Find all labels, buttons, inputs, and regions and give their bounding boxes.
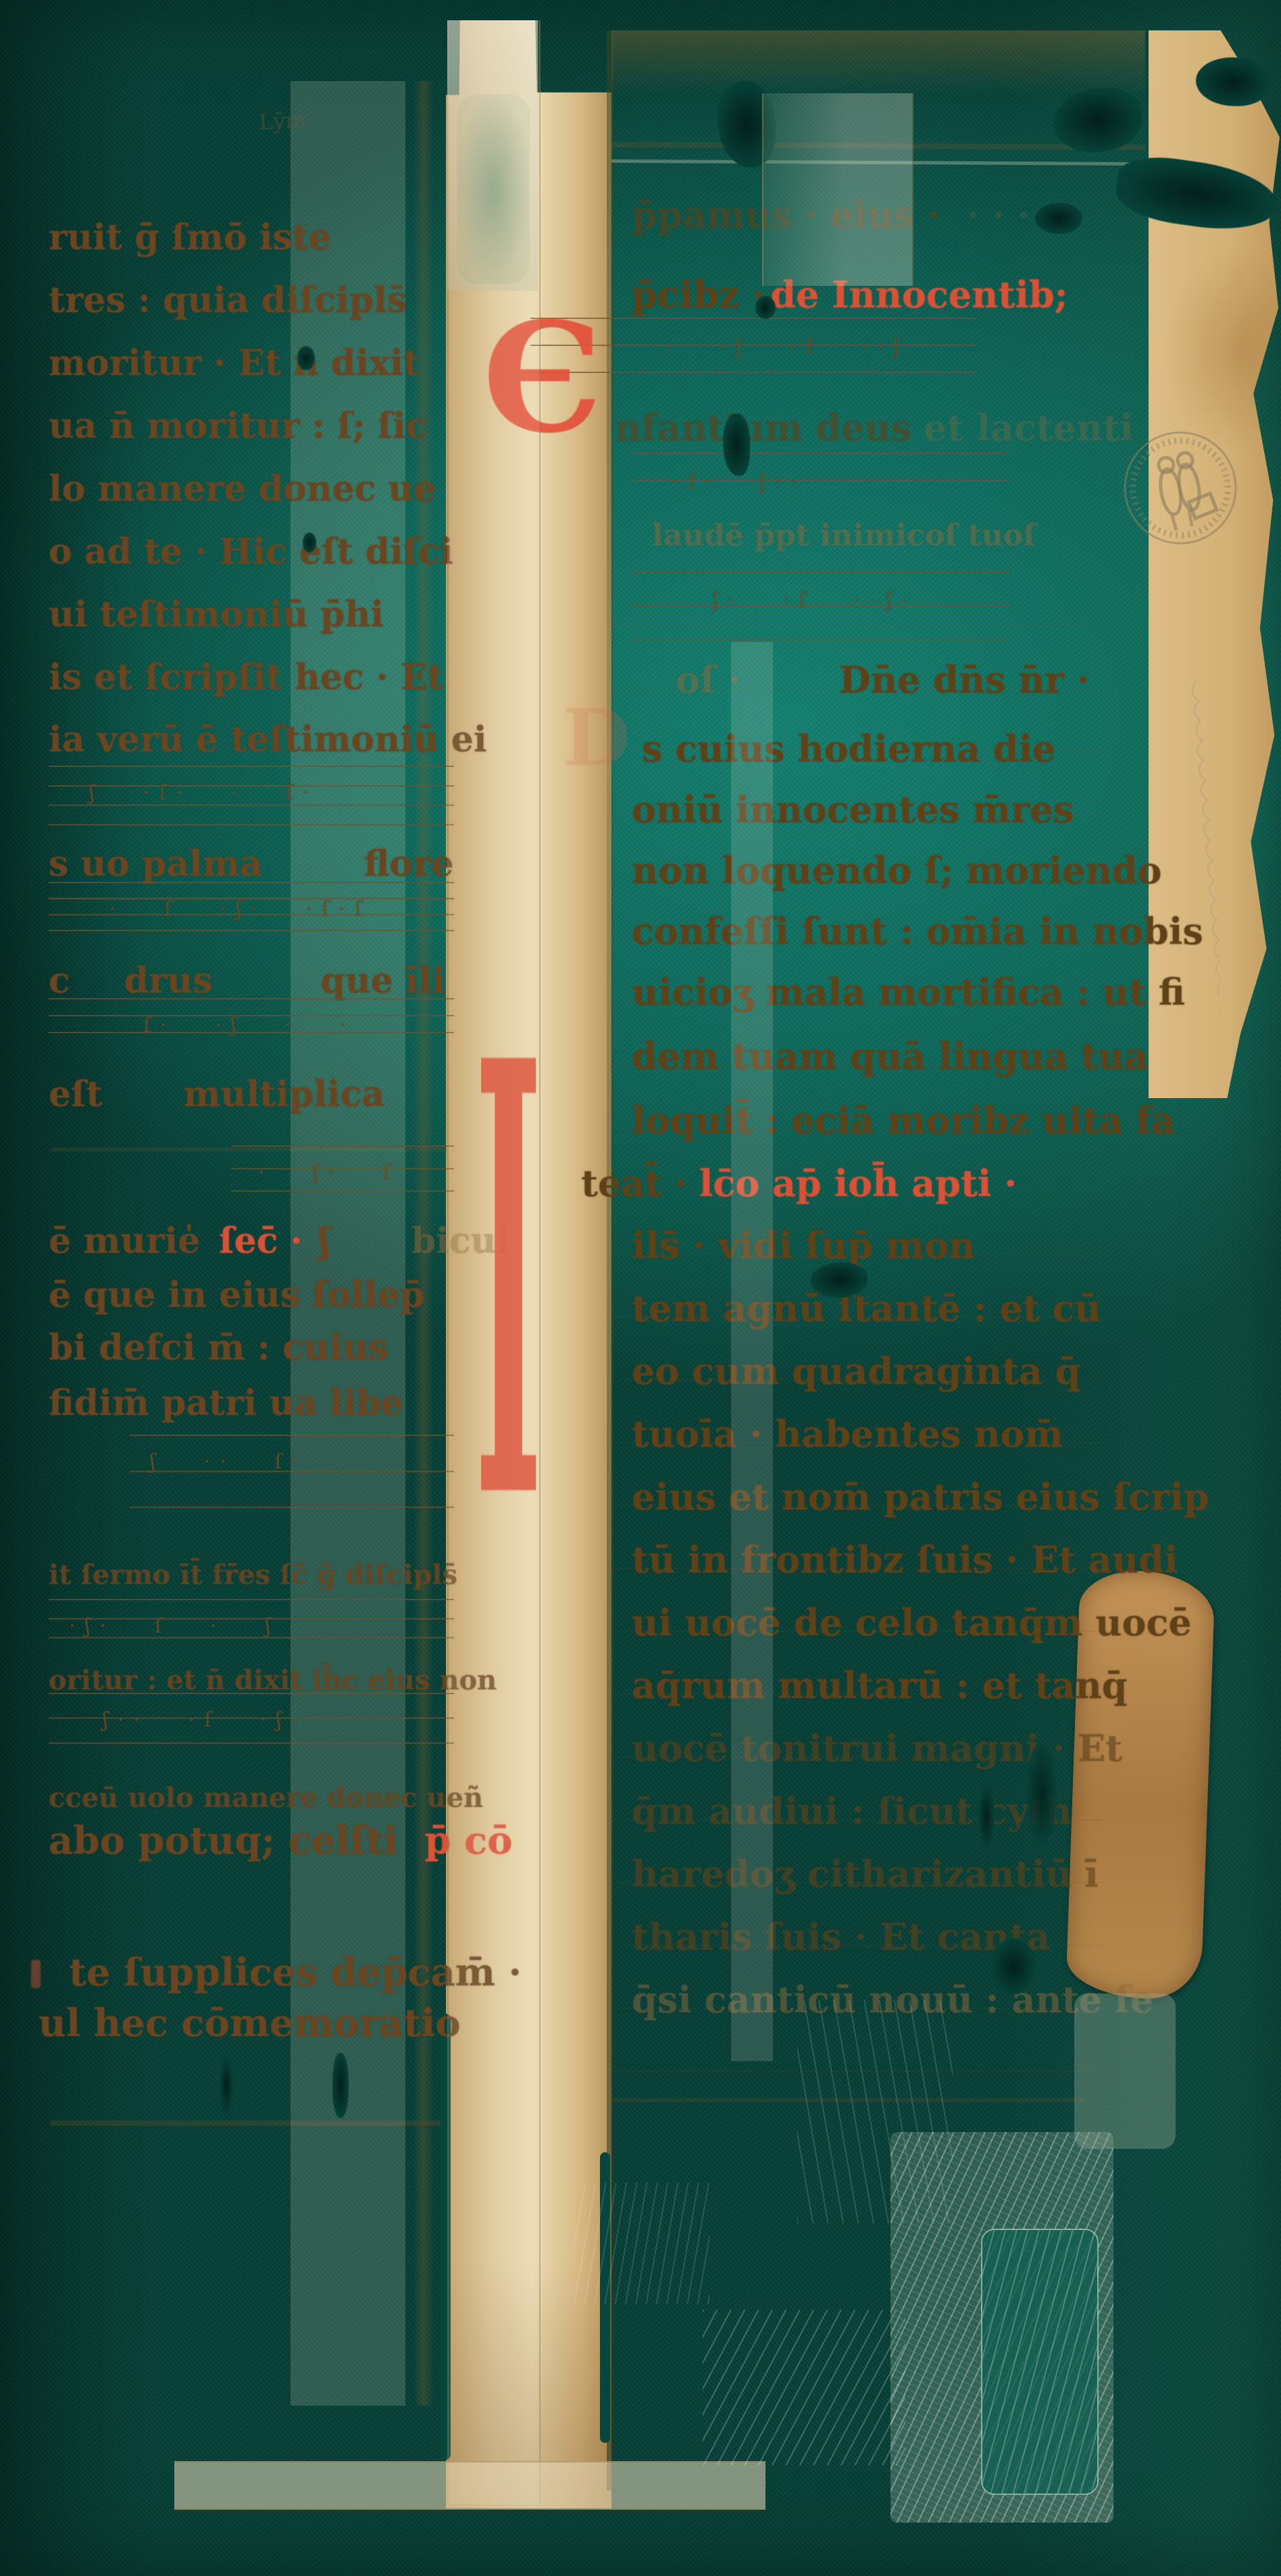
- top-left-inscription: Lȳm: [258, 107, 307, 135]
- neume-notation: · ʃ· ſ: [231, 1161, 399, 1185]
- text-line: is et ſcripſit hec · Et: [49, 660, 444, 697]
- tape-crinkle: [574, 2183, 709, 2304]
- neume-notation: ʃ ·ſ· · ſ·: [49, 781, 318, 805]
- hole: [755, 296, 776, 319]
- text-line: it ſermo īt̄ fr̄es ſc̄ ḡ diſcipls̄: [49, 1561, 457, 1589]
- text-segment: et lactenti: [924, 406, 1134, 449]
- text-segment: ʃ: [319, 1220, 330, 1262]
- text-segment: abo potuq; celſti: [49, 1818, 411, 1863]
- text-line: s cuius hodierna die: [642, 730, 1055, 768]
- text-line: oritur : et n̄ dixit ih̄c eius non: [49, 1666, 497, 1695]
- neume-notation: ʃ· ·ſ ··ʃ·: [632, 589, 917, 612]
- text-segment: multiplica: [183, 1074, 384, 1115]
- text-line: eo cum quadraginta q̄: [632, 1352, 1080, 1391]
- neume-notation: ·ſ· ʃ··: [632, 470, 807, 494]
- text-segment: p̄cibz ·: [632, 273, 765, 316]
- text-line: oniū innocentes m̄res: [632, 791, 1074, 829]
- margin-pencil-inscription: [1171, 676, 1220, 1095]
- text-segment: s uo palma: [49, 843, 263, 885]
- text-line: dem tuam quā lingua tua: [632, 1037, 1148, 1076]
- music-staff: ʃ·· ·ſ ·ʃ·: [49, 1693, 454, 1767]
- hole: [811, 1262, 868, 1297]
- tape-crinkle: [797, 2000, 953, 2223]
- text-line: uicioʒ mala mortifica : ut fi: [632, 973, 1185, 1012]
- text-line: cceū uolo manere donec ueñ: [49, 1784, 483, 1812]
- left-text-column: ruit ḡ ſmō istetres : quia diſcipls̄mori…: [49, 81, 454, 2460]
- text-segment: teat̄ ·: [581, 1162, 687, 1205]
- text-line: ē que in eius ſollep̄: [49, 1277, 424, 1314]
- text-line: haredoʒ citharizantiū ī: [632, 1855, 1099, 1893]
- text-segment: flore: [364, 843, 454, 885]
- text-line: moritur · Et n̄ dixit: [49, 345, 420, 382]
- text-line: eſtmultiplica: [49, 1076, 384, 1114]
- neume-notation: ʃ ·· ſ·: [130, 1450, 307, 1474]
- text-line: ē murie̍ſec̄ ·ʃbicui: [49, 1223, 509, 1260]
- music-staff: · ʃ· ſ: [231, 1145, 454, 1213]
- text-line: nfantium deuset lactenti: [615, 409, 1134, 447]
- hole: [723, 414, 750, 476]
- text-segment: eſt: [49, 1074, 102, 1115]
- text-line: s uo palmaflore: [49, 846, 453, 883]
- tape-sheen: [731, 642, 773, 2061]
- text-segment: ē murie̍: [49, 1220, 200, 1262]
- hole: [297, 346, 315, 370]
- hole: [1027, 1743, 1057, 1845]
- music-staff: ·ſ· ʃ··: [632, 453, 1010, 507]
- hole: [1035, 203, 1082, 234]
- neume-notation: · ſ ·ʃ· ·ſ·ſ: [49, 897, 372, 921]
- hole: [978, 1784, 995, 1849]
- hole: [303, 532, 316, 553]
- text-segment: drus: [124, 960, 213, 1001]
- text-line: q̄m audiui : ſicut cyth: [632, 1792, 1072, 1831]
- hole: [1196, 57, 1270, 106]
- text-line: lo manere donec ue: [49, 471, 436, 508]
- text-line: ui uocē de celo tanq̄m uocē: [632, 1604, 1192, 1642]
- music-staff: ſ· ·ʃ · ·: [49, 998, 454, 1049]
- text-line: ruit ḡ ſmō iste: [49, 220, 331, 257]
- music-staff: ·ʃ· ſ · ʃ: [49, 1599, 454, 1656]
- faded-initial-D: D: [563, 699, 630, 777]
- neume-notation: ʃ·· ·ſ ·ʃ·: [49, 1708, 307, 1732]
- text-line: ils̄ · vidi ſup̄ mon: [632, 1227, 975, 1265]
- text-line: aq̄rum multarū : et tanq̄: [632, 1666, 1128, 1705]
- tape-patch-translucent: [981, 2229, 1099, 2495]
- text-segment: ſec̄ ·: [219, 1220, 302, 1262]
- text-line: ua n̄ moritur : ſ; ſic: [49, 408, 427, 445]
- manuscript-photo-page: ruit ḡ ſmō istetres : quia diſcipls̄mori…: [0, 0, 1281, 2576]
- text-line: bi defci m̄ : cuius: [49, 1330, 388, 1367]
- tape-strip-vertical: [447, 20, 541, 2504]
- tape-discoloration: [457, 95, 530, 284]
- library-stamp-icon: [1111, 418, 1250, 558]
- text-line: tem agnū ſtantē : et cū: [632, 1289, 1101, 1328]
- text-line: ia verū ē teſtimoniū ei: [49, 722, 487, 759]
- tape-band-bottom: [174, 2461, 765, 2510]
- text-line: o ad te · Hic eſt diſci: [49, 534, 453, 571]
- red-margin-tick: [31, 1960, 41, 1988]
- text-line: tres : quia diſcipls̄: [49, 282, 407, 320]
- text-line: ul hec cōmemoratio: [39, 2004, 461, 2044]
- music-staff: ʃ· ·ſ ··ʃ·: [632, 571, 1010, 672]
- text-segment: · · ·: [967, 193, 1030, 237]
- tape-crinkle: [703, 2310, 905, 2465]
- text-line: eius et nom̄ patris eius ſcrip: [632, 1478, 1209, 1516]
- text-segment: que īli: [321, 960, 446, 1001]
- neume-notation: ·ʃ· ſ · ʃ: [49, 1614, 280, 1638]
- text-line: cdrusque īli: [49, 963, 445, 1000]
- text-line: ui teſtimoniū p̄hi: [49, 597, 384, 634]
- text-line: laudē p̄pt inimicoſ tuoſ: [652, 520, 1036, 551]
- text-line: non loquendo ſ; moriendo: [632, 851, 1162, 890]
- text-line: abo potuq; celſti p̄ cō: [49, 1821, 513, 1861]
- text-segment: c: [49, 960, 70, 1001]
- text-line: tharis ſuis · Et canta: [632, 1918, 1050, 1956]
- text-line: loquit̄ : eciā moribz uita fa: [632, 1101, 1175, 1140]
- hole: [332, 2053, 349, 2118]
- text-segment: nfantium deus: [615, 406, 911, 449]
- tape-patch-flap: [1074, 1993, 1176, 2149]
- text-line: tū in frontibz ſuis · Et audi: [632, 1541, 1178, 1579]
- text-line: confeſſi ſunt : om̄ia in nobis: [632, 912, 1203, 951]
- music-staff: · ſ ·ʃ· ·ſ·ſ: [49, 882, 454, 946]
- text-line: teat̄ ·lc̄o ap̄ ioh̄ apti ·: [581, 1164, 1017, 1203]
- hole: [220, 2056, 233, 2115]
- neume-notation: ſ· ·ʃ · ·: [49, 1014, 355, 1037]
- text-segment: Dn̄e dn̄s n̄r ·: [839, 658, 1090, 701]
- music-staff: ʃ ·ſ· · ſ·: [49, 766, 454, 843]
- text-line: fidim̄ patri ua libe: [49, 1385, 403, 1422]
- text-line: tuoīa · habentes nom̄: [632, 1415, 1063, 1454]
- tape-strip-right-top: [762, 93, 913, 286]
- music-staff: ʃ ·· ſ·: [130, 1435, 454, 1543]
